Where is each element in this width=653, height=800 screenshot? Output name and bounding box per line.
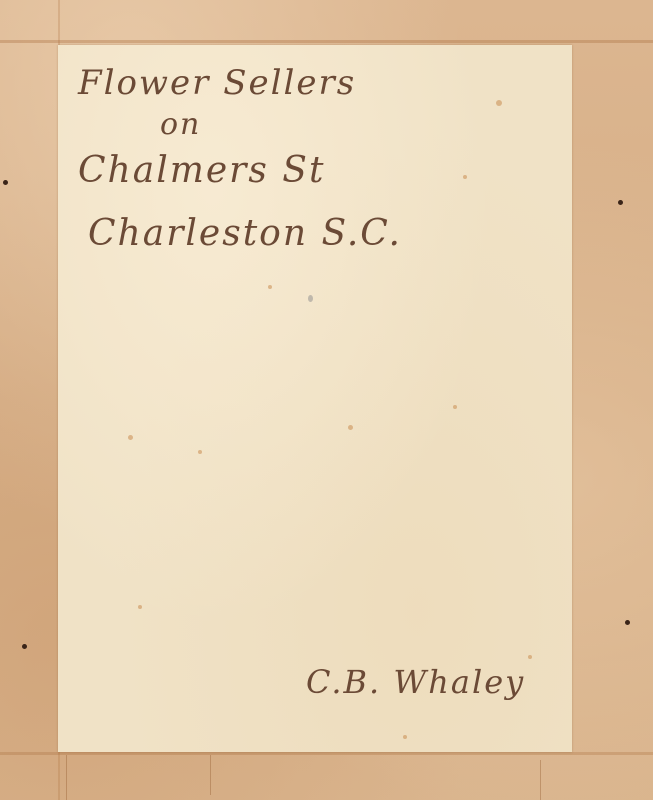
- artist-signature: C.B. Whaley: [306, 663, 525, 701]
- inscribed-card: Flower Sellers on Chalmers St Charleston…: [58, 45, 572, 752]
- pin-hole: [3, 180, 8, 185]
- foxing-spot: [453, 405, 457, 409]
- foxing-spot: [128, 435, 133, 440]
- pin-hole: [22, 644, 27, 649]
- foxing-spot: [198, 450, 202, 454]
- foxing-spot: [348, 425, 353, 430]
- foxing-spot: [463, 175, 467, 179]
- pin-hole: [618, 200, 623, 205]
- backing-fold-bottom: [0, 752, 653, 755]
- pin-hole: [625, 620, 630, 625]
- foxing-spot: [138, 605, 142, 609]
- inscription-line-4: Charleston S.C.: [88, 213, 402, 254]
- foxing-spot: [308, 295, 313, 302]
- inscription-line-3: Chalmers St: [78, 150, 325, 191]
- backing-crease: [66, 755, 67, 800]
- foxing-spot: [268, 285, 272, 289]
- inscription-line-1: Flower Sellers: [78, 63, 356, 103]
- foxing-spot: [403, 735, 407, 739]
- backing-crease: [540, 760, 541, 800]
- foxing-spot: [528, 655, 532, 659]
- backing-crease: [210, 755, 211, 795]
- inscription-line-2: on: [160, 107, 201, 142]
- foxing-spot: [496, 100, 502, 106]
- backing-fold-top: [0, 40, 653, 43]
